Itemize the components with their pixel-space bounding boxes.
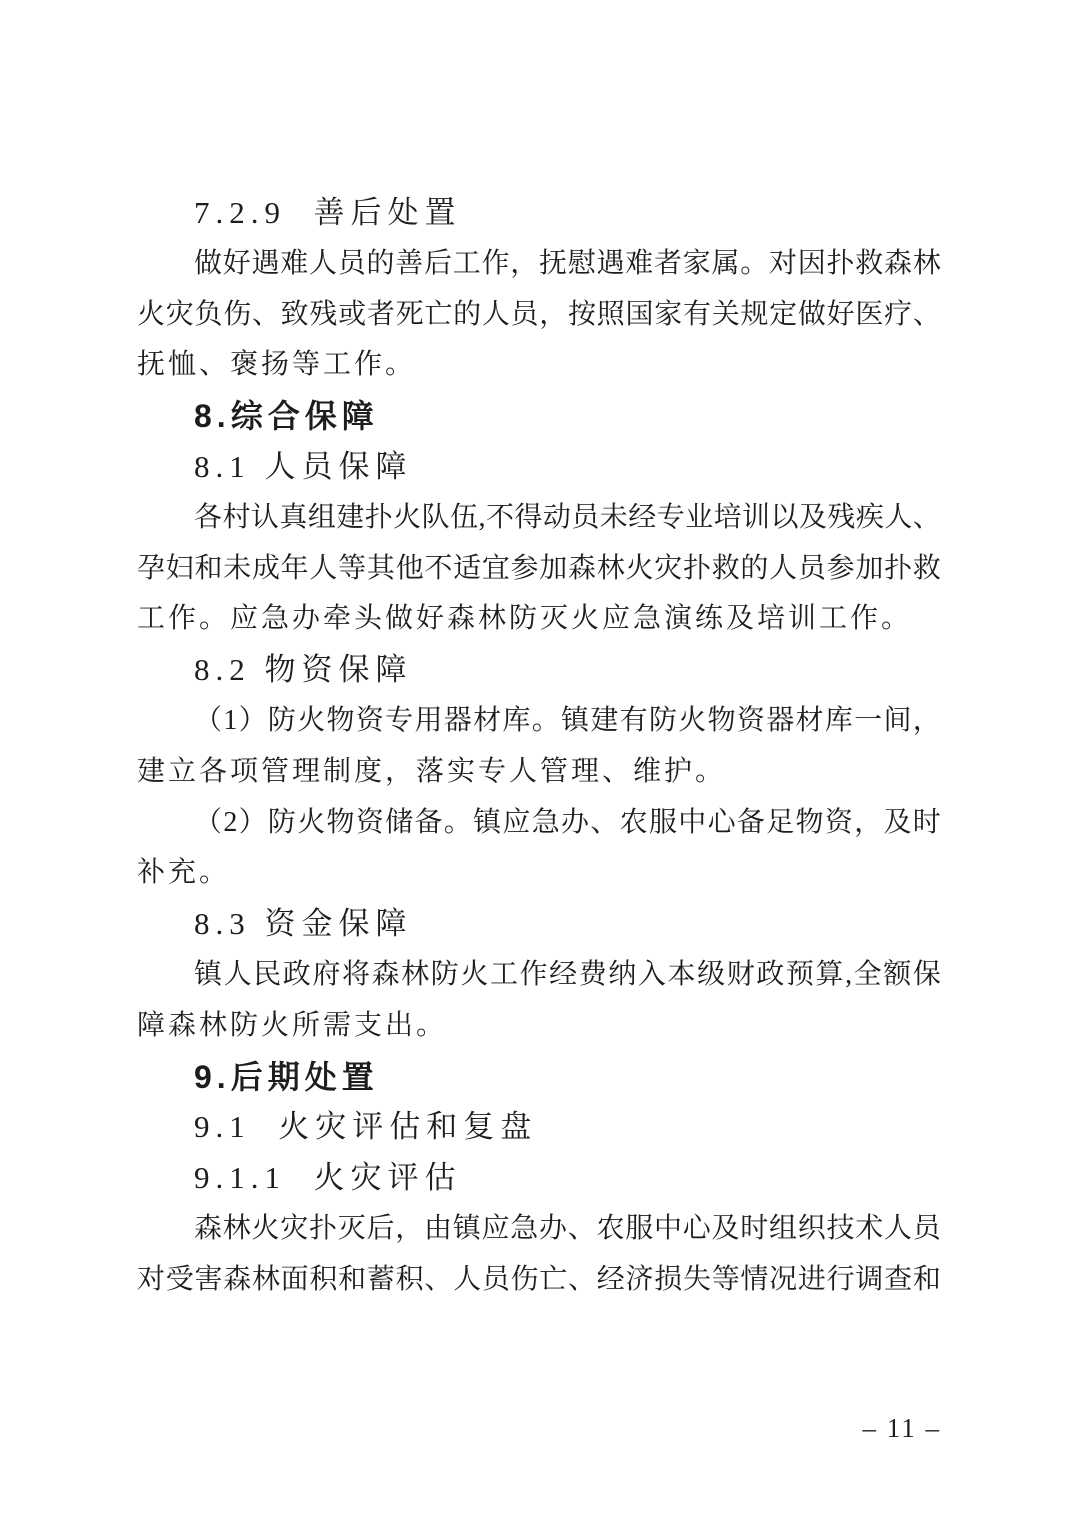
body-text-line: 建立各项管理制度，落实专人管理、维护。	[137, 747, 941, 798]
document-body: 7.2.9 善后处置做好遇难人员的善后工作，抚慰遇难者家属。对因扑救森林火灾负伤…	[137, 188, 941, 1306]
bold-heading: 9.后期处置	[137, 1052, 941, 1103]
kai-heading: 8.2 物资保障	[137, 645, 941, 696]
document-page: 7.2.9 善后处置做好遇难人员的善后工作，抚慰遇难者家属。对因扑救森林火灾负伤…	[0, 0, 1074, 1520]
bold-heading: 8.综合保障	[137, 391, 941, 442]
body-text-line: （2）防火物资储备。镇应急办、农服中心备足物资，及时	[137, 798, 941, 849]
body-text-line: 补充。	[137, 848, 941, 899]
body-text-line: 镇人民政府将森林防火工作经费纳入本级财政预算,全额保	[137, 950, 941, 1001]
kai-heading: 7.2.9 善后处置	[137, 188, 941, 239]
body-text-line: 火灾负伤、致残或者死亡的人员，按照国家有关规定做好医疗、	[137, 290, 941, 341]
body-text-line: 工作。应急办牵头做好森林防灭火应急演练及培训工作。	[137, 594, 941, 645]
body-text-line: 森林火灾扑灭后，由镇应急办、农服中心及时组织技术人员	[137, 1204, 941, 1255]
body-text-line: 孕妇和未成年人等其他不适宜参加森林火灾扑救的人员参加扑救	[137, 544, 941, 595]
body-text-line: 抚恤、褒扬等工作。	[137, 340, 941, 391]
kai-heading: 9.1 火灾评估和复盘	[137, 1102, 941, 1153]
kai-heading: 8.1 人员保障	[137, 442, 941, 493]
body-text-line: 做好遇难人员的善后工作，抚慰遇难者家属。对因扑救森林	[137, 239, 941, 290]
body-text-line: （1）防火物资专用器材库。镇建有防火物资器材库一间，	[137, 696, 941, 747]
kai-heading: 9.1.1 火灾评估	[137, 1153, 941, 1204]
kai-heading: 8.3 资金保障	[137, 899, 941, 950]
body-text-line: 各村认真组建扑火队伍,不得动员未经专业培训以及残疾人、	[137, 493, 941, 544]
page-number: – 11 –	[863, 1408, 942, 1448]
body-text-line: 障森林防火所需支出。	[137, 1001, 941, 1052]
body-text-line: 对受害森林面积和蓄积、人员伤亡、经济损失等情况进行调查和	[137, 1255, 941, 1306]
